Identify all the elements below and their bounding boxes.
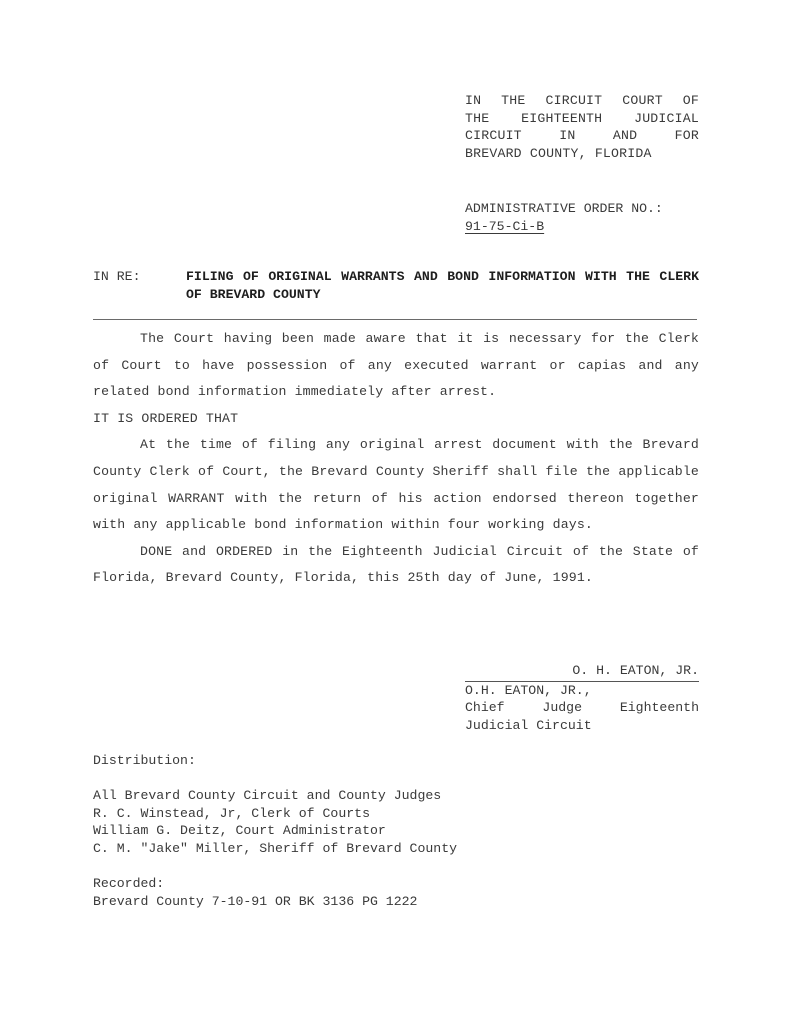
order-number-value: 91-75-Ci-B (465, 219, 544, 234)
judge-title-continued: Judicial Circuit (465, 717, 699, 735)
distribution-recipient: All Brevard County Circuit and County Ju… (93, 787, 593, 805)
signature-line: O. H. EATON, JR. (465, 662, 699, 682)
recorded-heading: Recorded: (93, 875, 593, 893)
distribution-recipient: R. C. Winstead, Jr, Clerk of Courts (93, 805, 593, 823)
caption-line: IN THE CIRCUIT COURT OF (465, 92, 699, 110)
court-caption: IN THE CIRCUIT COURT OF THE EIGHTEENTH J… (465, 92, 699, 162)
distribution-block: Distribution: All Brevard County Circuit… (93, 752, 593, 910)
in-re-subject: FILING OF ORIGINAL WARRANTS AND BOND INF… (186, 268, 699, 303)
in-re-label: IN RE: (93, 268, 140, 286)
order-number-label: ADMINISTRATIVE ORDER NO.: (465, 200, 705, 218)
recital-paragraph: The Court having been made aware that it… (93, 326, 699, 406)
order-paragraph: At the time of filing any original arres… (93, 432, 699, 538)
judge-printed-name: O.H. EATON, JR., (465, 682, 699, 700)
recorded-reference: Brevard County 7-10-91 OR BK 3136 PG 122… (93, 893, 593, 911)
caption-line: THE EIGHTEENTH JUDICIAL (465, 110, 699, 128)
distribution-heading: Distribution: (93, 752, 593, 770)
horizontal-divider (93, 319, 697, 320)
distribution-recipient: C. M. "Jake" Miller, Sheriff of Brevard … (93, 840, 593, 858)
distribution-recipient: William G. Deitz, Court Administrator (93, 822, 593, 840)
ordered-heading: IT IS ORDERED THAT (93, 406, 699, 433)
caption-line: BREVARD COUNTY, FLORIDA (465, 145, 699, 163)
judge-title: Chief Judge Eighteenth (465, 699, 699, 717)
document-page: IN THE CIRCUIT COURT OF THE EIGHTEENTH J… (0, 0, 791, 1024)
caption-line: CIRCUIT IN AND FOR (465, 127, 699, 145)
done-paragraph: DONE and ORDERED in the Eighteenth Judic… (93, 539, 699, 592)
order-body: The Court having been made aware that it… (93, 326, 699, 592)
signature-block: O. H. EATON, JR. O.H. EATON, JR., Chief … (465, 662, 699, 734)
administrative-order-number: ADMINISTRATIVE ORDER NO.: 91-75-Ci-B (465, 200, 705, 235)
